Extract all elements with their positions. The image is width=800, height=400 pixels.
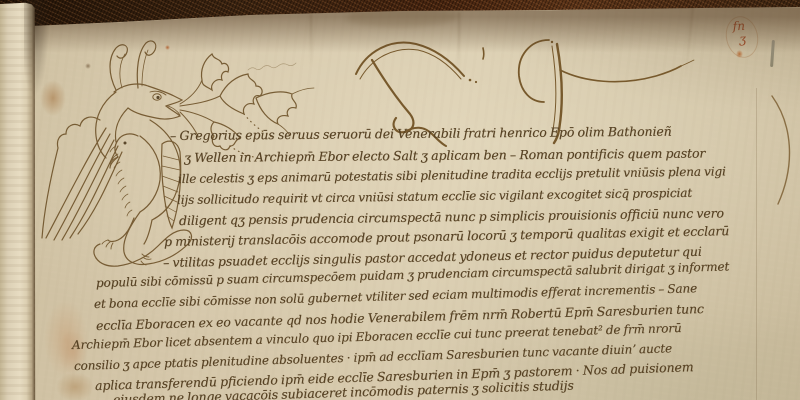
- red-ink-blob: [736, 50, 743, 58]
- page-edge-shadow: [24, 0, 50, 180]
- manuscript-photo: – Gregorius epūs seruus seruorū dei Vene…: [0, 0, 800, 400]
- folio-mark: fn ʒ: [733, 20, 747, 46]
- parchment-page: – Gregorius epūs seruus seruorū dei Vene…: [0, 0, 800, 400]
- folio-mark-bottom: ʒ: [739, 33, 746, 46]
